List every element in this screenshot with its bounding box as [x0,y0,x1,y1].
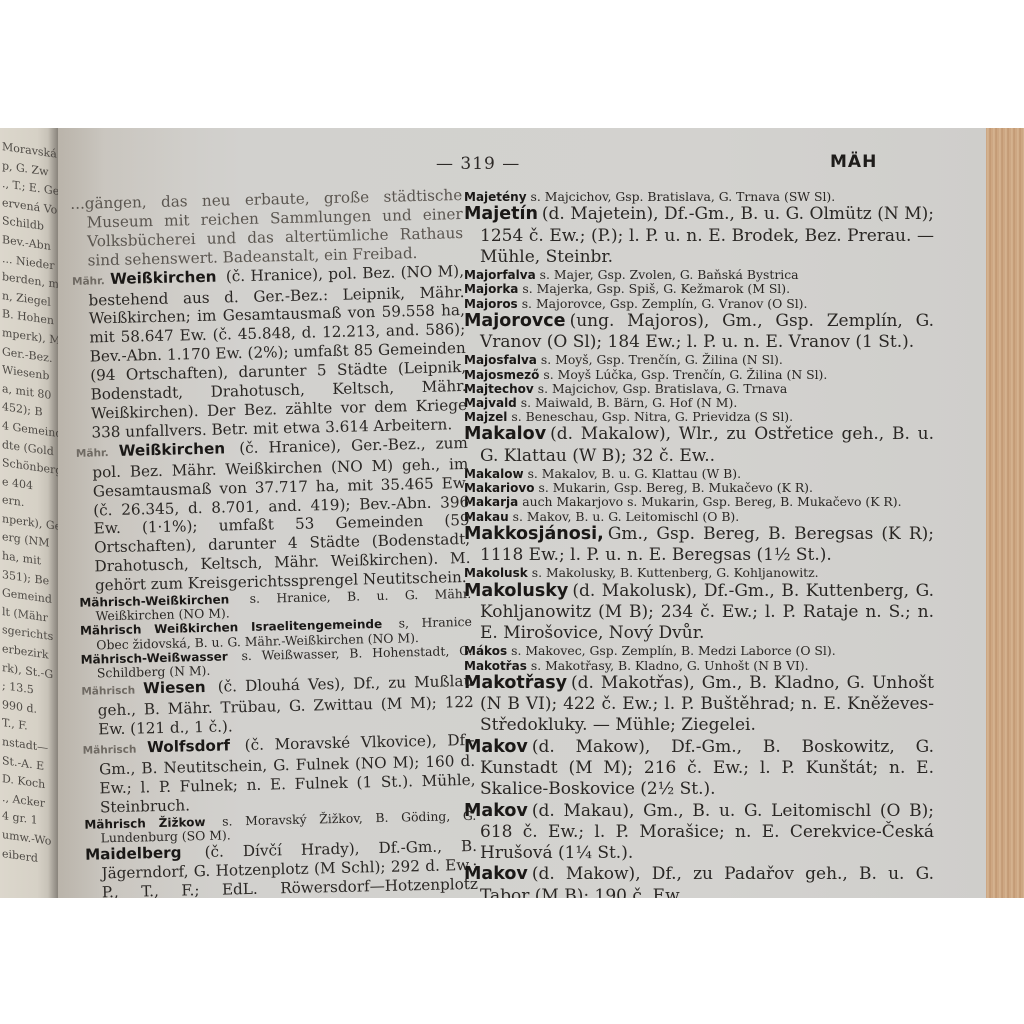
headword: Wolfsdorf [147,736,230,756]
entry-text: ...gängen, das neu erbaute, große städti… [70,186,463,269]
headword: Majoros [464,297,518,311]
entry-text: s. Mukarin, Gsp. Bereg, B. Mukačevo (K R… [538,480,812,495]
headword: Makov [464,737,528,757]
headword: Weißkirchen [119,439,226,459]
gazetteer-entry: Makarjaauch Makarjovo s. Mukarin, Gsp. B… [464,495,934,509]
gazetteer-entry: Majosfalvas. Moyš, Gsp. Trenčín, G. Žili… [464,353,934,367]
entry-text: s. Makalov, B. u. G. Klattau (W B). [528,466,741,481]
entry-text: s. Majer, Gsp. Zvolen, G. Baňská Bystric… [540,267,799,282]
headword: Maidelberg [85,844,182,864]
headword: Makotřasy [464,673,567,693]
headword: Mákos [464,644,507,658]
headword: Majzel [464,410,507,424]
page-number: — 319 — [436,154,520,174]
entry-text: s. Majcichov, Gsp. Bratislava, G. Trnava [538,381,788,396]
headword: Makau [464,510,509,524]
gazetteer-entry: Maidelberg (č. Dívčí Hrady), Df.-Gm., B.… [85,837,479,898]
entry-text: s. Majorovce, Gsp. Zemplín, G. Vranov (O… [522,296,808,311]
gazetteer-entry: Mähr. Weißkirchen (č. Hranice), Ger.-Bez… [76,434,471,596]
gazetteer-entry: Makov(d. Makau), Gm., B. u. G. Leitomisc… [464,801,934,865]
headword: Majtechov [464,382,534,396]
entry-text: (d. Makow), Df., zu Padařov geh., B. u. … [480,864,934,898]
headword: Makov [464,864,528,884]
headword: Makalov [464,424,546,444]
gazetteer-entry: Mährisch Wolfsdorf (č. Moravské Vlkovice… [82,731,476,817]
gazetteer-entry: Majosmezős. Moyš Lúčka, Gsp. Trenčín, G.… [464,368,934,382]
entry-text: (č. Hranice), pol. Bez. (NO M), bestehen… [88,262,467,442]
gazetteer-entry: Mähr. Weißkirchen (č. Hranice), pol. Bez… [72,262,468,443]
gazetteer-entry: Makov(d. Makow), Df., zu Padařov geh., B… [464,864,934,898]
headword: Majorovce [464,311,566,331]
gazetteer-entry: Makariovos. Mukarin, Gsp. Bereg, B. Muka… [464,481,934,495]
gazetteer-entry: Majorovce(ung. Majoros), Gm., Gsp. Zempl… [464,311,934,354]
gazetteer-entry: Majetín(d. Majetein), Df.-Gm., B. u. G. … [464,204,934,268]
headword-prefix: Mähr. [76,447,109,460]
entry-text: (d. Majetein), Df.-Gm., B. u. G. Olmütz … [480,204,934,267]
entry-text: s. Moyš, Gsp. Trenčín, G. Žilina (N Sl). [541,352,783,367]
headword: Makotřas [464,659,527,673]
background-surface [0,898,1024,1024]
headword: Majosfalva [464,353,537,367]
open-book: Moravská p, G. Zw ., T.; E. Ge ervená Vo… [0,128,1024,898]
headword: Makov [464,801,528,821]
headword: Makolusky [464,581,568,601]
gazetteer-entry: Makolusks. Makolusky, B. Kuttenberg, G. … [464,566,934,580]
gazetteer-entry: Makolusky(d. Makolusk), Df.-Gm., B. Kutt… [464,581,934,645]
headword: Majosmező [464,368,539,382]
gazetteer-entry: Majtechovs. Majcichov, Gsp. Bratislava, … [464,382,934,396]
headword: Majetín [464,204,538,224]
headword: Makariovo [464,481,534,495]
page-319: — 319 — MÄH ...gängen, das neu erbaute, … [58,128,988,898]
gazetteer-entry: Majzels. Beneschau, Gsp. Nitra, G. Priev… [464,410,934,424]
entry-text: s. Makolusky, B. Kuttenberg, G. Kohljano… [532,565,819,580]
gazetteer-entry: Mákoss. Makovec, Gsp. Zemplín, B. Medzi … [464,644,934,658]
facing-page-left: Moravská p, G. Zw ., T.; E. Ge ervená Vo… [0,128,62,898]
entry-text: s. Makov, B. u. G. Leitomischl (O B). [513,509,740,524]
entry-text: s. Moyš Lúčka, Gsp. Trenčín, G. Žilina (… [543,367,827,382]
headword: Makolusk [464,566,528,580]
gazetteer-entry: Makotřass. Makotřasy, B. Kladno, G. Unho… [464,659,934,673]
entry-text: s. Majerka, Gsp. Spiš, G. Kežmarok (M Sl… [522,281,790,296]
book-photograph: Moravská p, G. Zw ., T.; E. Ge ervená Vo… [0,0,1024,1024]
gazetteer-entry: Majeténys. Majcichov, Gsp. Bratislava, G… [464,190,934,204]
entry-text: (d. Makau), Gm., B. u. G. Leitomischl (O… [480,801,934,864]
page-block-edge [986,128,1024,898]
gazetteer-entry: Makotřasy(d. Makotřas), Gm., B. Kladno, … [464,673,934,737]
headword: Weißkirchen [110,267,217,287]
left-column: ...gängen, das neu erbaute, große städti… [70,186,480,898]
headword: Makalow [464,467,524,481]
headword: Majvald [464,396,517,410]
entry-text: s. Maiwald, B. Bärn, G. Hof (N M). [521,395,738,410]
headword: Makarja [464,495,518,509]
headword: Makkosjánosi, [464,524,604,544]
entry-text: (d. Makow), Df.-Gm., B. Boskowitz, G. Ku… [480,737,934,800]
entry-text: s. Makovec, Gsp. Zemplín, B. Medzi Labor… [511,643,836,658]
gazetteer-entry: Majvalds. Maiwald, B. Bärn, G. Hof (N M)… [464,396,934,410]
gazetteer-entry: Makaus. Makov, B. u. G. Leitomischl (O B… [464,510,934,524]
gazetteer-entry: Majorkas. Majerka, Gsp. Spiš, G. Kežmaro… [464,282,934,296]
entry-text: s. Majcichov, Gsp. Bratislava, G. Trnava… [531,189,836,204]
headword-prefix: Mähr. [72,275,105,288]
gazetteer-entry: Makkosjánosi,Gm., Gsp. Bereg, B. Beregsa… [464,524,934,567]
headword: Majetény [464,190,527,204]
headword-prefix: Mährisch [81,685,135,698]
headword: Majorka [464,282,518,296]
entry-text: auch Makarjovo s. Mukarin, Gsp. Bereg, B… [522,494,901,509]
entry-text: s. Beneschau, Gsp. Nitra, G. Prievidza (… [511,409,793,424]
gazetteer-entry: Makov(d. Makow), Df.-Gm., B. Boskowitz, … [464,737,934,801]
gazetteer-entry: Makalows. Makalov, B. u. G. Klattau (W B… [464,467,934,481]
headword-prefix: Mährisch [83,744,137,757]
headword: Majorfalva [464,268,536,282]
entry-text: s. Makotřasy, B. Kladno, G. Unhošt (N B … [531,658,809,673]
entry-text: (d. Makalow), Wlr., zu Ostřetice geh., B… [480,424,934,465]
gazetteer-entry: Mährisch Wiesen (č. Dlouhá Ves), Df., zu… [81,672,474,740]
gazetteer-entry: Majorfalvas. Majer, Gsp. Zvolen, G. Baňs… [464,268,934,282]
gazetteer-entry: Majoross. Majorovce, Gsp. Zemplín, G. Vr… [464,297,934,311]
headword: Wiesen [143,678,206,697]
guide-word: MÄH [830,152,877,172]
gazetteer-entry: Makalov(d. Makalow), Wlr., zu Ostřetice … [464,424,934,467]
right-column: Majeténys. Majcichov, Gsp. Bratislava, G… [464,190,934,898]
continued-entry: ...gängen, das neu erbaute, große städti… [70,186,464,270]
